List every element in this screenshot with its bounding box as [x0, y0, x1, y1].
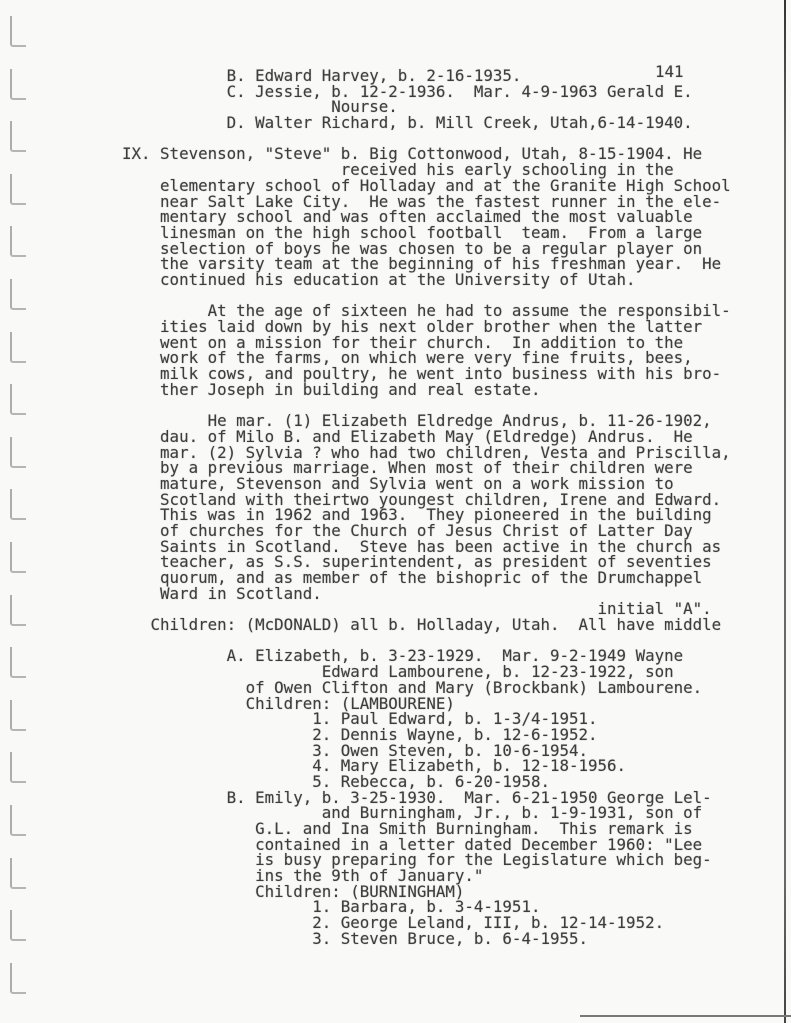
- binder-mark-icon: [10, 858, 26, 889]
- typewritten-text: B. Edward Harvey, b. 2-16-1935. C. Jessi…: [122, 68, 731, 947]
- text-line: 3. Steven Bruce, b. 6-4-1955.: [122, 931, 731, 947]
- binder-mark-icon: [10, 384, 26, 415]
- binder-mark-icon: [10, 805, 26, 836]
- document-page: 141 B. Edward Harvey, b. 2-16-1935. C. J…: [0, 0, 791, 1023]
- binder-mark-icon: [10, 174, 26, 205]
- text-line: continued his education at the Universit…: [122, 272, 731, 288]
- page-edge-bottom-line: [580, 1015, 791, 1017]
- binder-mark-icon: [10, 963, 26, 994]
- binder-mark-icon: [10, 437, 26, 468]
- binder-mark-icon: [10, 647, 26, 678]
- binder-mark-icon: [10, 542, 26, 573]
- text-line: Children: (McDONALD) all b. Holladay, Ut…: [122, 617, 731, 633]
- binder-mark-icon: [10, 489, 26, 520]
- binder-mark-icon: [10, 332, 26, 363]
- binder-mark-icon: [10, 910, 26, 941]
- binder-mark-icon: [10, 279, 26, 310]
- text-line: D. Walter Richard, b. Mill Creek, Utah,6…: [122, 115, 731, 131]
- binder-mark-icon: [10, 121, 26, 152]
- page-edge-right-line: [784, 0, 786, 1023]
- binder-mark-icon: [10, 595, 26, 626]
- binder-mark-icon: [10, 700, 26, 731]
- text-line: ther Joseph in building and real estate.: [122, 382, 731, 398]
- binder-mark-icon: [10, 69, 26, 100]
- binder-mark-icon: [10, 752, 26, 783]
- binder-marks-column: [0, 0, 40, 1023]
- binder-mark-icon: [10, 16, 26, 47]
- binder-mark-icon: [10, 226, 26, 257]
